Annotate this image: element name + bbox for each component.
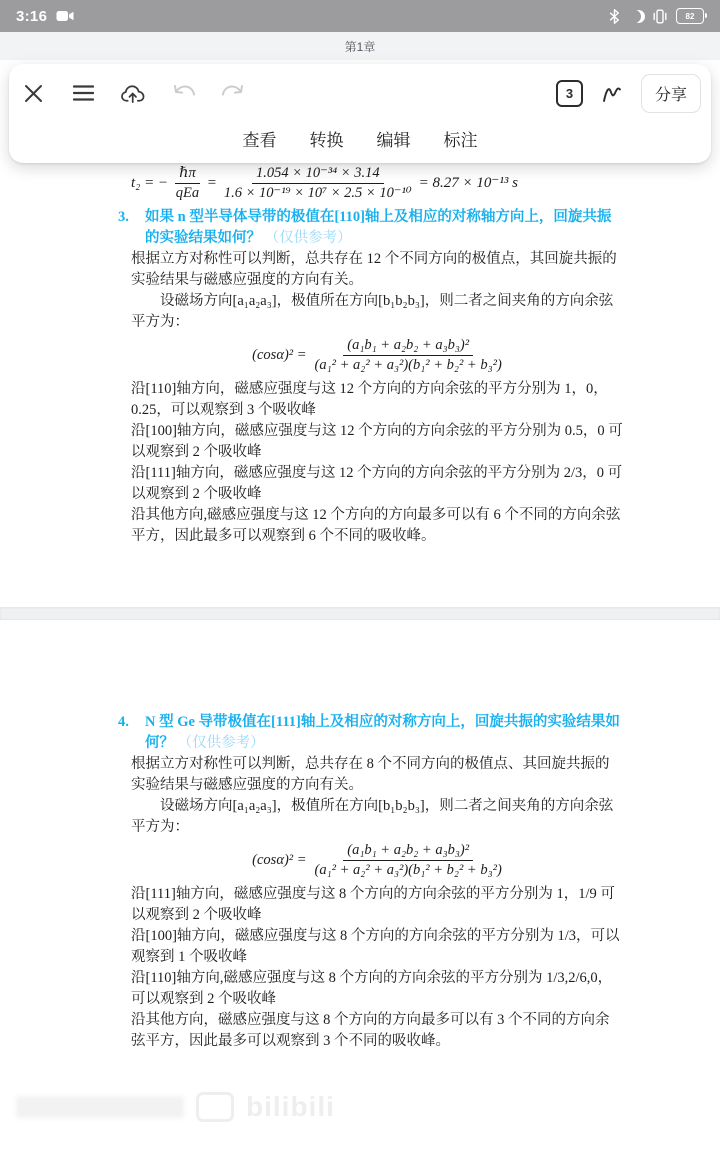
section-4-result-100: 沿[100]轴方向，磁感应强度与这 8 个方向的方向余弦的平方分别为 1/3，可… xyxy=(131,926,623,968)
section-3-note: （仅供参考） xyxy=(265,230,352,246)
tab-convert[interactable]: 转换 xyxy=(310,126,344,151)
section-3-heading: 3. 如果 n 型半导体导带的极值在[110]轴上及相应的对称轴方向上，回旋共振… xyxy=(131,207,623,249)
formula-t2-equals: = xyxy=(207,173,217,194)
tab-annotate[interactable]: 标注 xyxy=(444,126,478,151)
section-3-number: 3. xyxy=(118,207,129,228)
floating-toolbar: 3 分享 查看 转换 编辑 标注 xyxy=(9,64,711,163)
undo-icon[interactable] xyxy=(171,81,195,105)
page-separator xyxy=(0,607,720,620)
status-bar: 3:16 82 xyxy=(0,0,720,32)
formula-t2-result: = 8.27 × 10⁻¹³ s xyxy=(419,173,518,194)
section-3-intro: 根据立方对称性可以判断，总共存在 12 个不同方向的极值点，其回旋共振的实验结果… xyxy=(131,249,623,291)
tab-edit[interactable]: 编辑 xyxy=(377,126,411,151)
section-4-result-other: 沿其他方向，磁感应强度与这 8 个方向的方向最多可以有 3 个不同的方向余弦平方… xyxy=(131,1010,623,1052)
section-3-result-110: 沿[110]轴方向，磁感应强度与这 12 个方向的方向余弦的平方分别为 1，0，… xyxy=(131,379,623,421)
video-camera-icon xyxy=(56,10,74,22)
section-3-title: 如果 n 型半导体导带的极值在[110]轴上及相应的对称轴方向上，回旋共振的实验… xyxy=(145,209,611,246)
battery-percent: 82 xyxy=(686,12,695,21)
formula-t2-fraction1: ℏπ qEa xyxy=(175,165,200,202)
toolbar-tabs: 查看 转换 编辑 标注 xyxy=(9,126,711,151)
formula-t2: t₂ = − ℏπ qEa = 1.054 × 10⁻³⁴ × 3.14 1.6… xyxy=(131,165,623,202)
section-3-result-100: 沿[100]轴方向，磁感应强度与这 12 个方向的方向余弦的平方分别为 0.5，… xyxy=(131,421,623,463)
section-4-number: 4. xyxy=(118,712,129,733)
section-4-result-111: 沿[111]轴方向，磁感应强度与这 8 个方向的方向余弦的平方分别为 1，1/9… xyxy=(131,884,623,926)
document-title-bar: 第1章 xyxy=(0,32,720,60)
watermark-wordmark: bilibili xyxy=(246,1091,335,1123)
page1-content: t₂ = − ℏπ qEa = 1.054 × 10⁻³⁴ × 3.14 1.6… xyxy=(131,164,623,547)
section-4-result-110: 沿[110]轴方向,磁感应强度与这 8 个方向的方向余弦的平方分别为 1/3,2… xyxy=(131,968,623,1010)
section-4-setup: 设磁场方向[a₁a₂a₃]，极值所在方向[b₁b₂b₃]，则二者之间夹角的方向余… xyxy=(131,796,623,838)
clock: 3:16 xyxy=(16,8,47,25)
page-title: 第1章 xyxy=(345,38,376,55)
section-4: 4. N 型 Ge 导带极值在[111]轴上及相应的对称方向上，回旋共振的实验结… xyxy=(131,712,623,1052)
watermark: bilibili xyxy=(16,1086,335,1128)
close-button[interactable] xyxy=(21,81,45,105)
bilibili-tv-logo-icon xyxy=(196,1092,234,1122)
page2-content: 4. N 型 Ge 导带极值在[111]轴上及相应的对称方向上，回旋共振的实验结… xyxy=(131,712,623,1052)
watermark-blurred-text xyxy=(16,1096,184,1118)
section-4-note: （仅供参考） xyxy=(178,735,265,751)
section-3-result-other: 沿其他方向,磁感应强度与这 12 个方向的方向最多可以有 6 个不同的方向余弦平… xyxy=(131,505,623,547)
do-not-disturb-moon-icon xyxy=(628,10,641,23)
scribble-pen-icon[interactable] xyxy=(600,81,624,105)
menu-icon[interactable] xyxy=(71,81,95,105)
section-3-cos-formula: (cosα)² = (a₁b₁ + a₂b₂ + a₃b₃)² (a₁² + a… xyxy=(252,337,502,374)
formula-t2-fraction2: 1.054 × 10⁻³⁴ × 3.14 1.6 × 10⁻¹⁹ × 10⁷ ×… xyxy=(224,165,412,202)
page-count-value: 3 xyxy=(566,86,573,101)
bluetooth-icon xyxy=(609,9,620,24)
share-button[interactable]: 分享 xyxy=(641,74,701,113)
section-3: 3. 如果 n 型半导体导带的极值在[110]轴上及相应的对称轴方向上，回旋共振… xyxy=(131,207,623,547)
formula-t2-lhs: t₂ = − xyxy=(131,173,168,194)
redo-icon[interactable] xyxy=(221,81,245,105)
section-4-cos-formula: (cosα)² = (a₁b₁ + a₂b₂ + a₃b₃)² (a₁² + a… xyxy=(252,842,502,879)
cloud-upload-icon[interactable] xyxy=(121,81,145,105)
section-3-result-111: 沿[111]轴方向，磁感应强度与这 12 个方向的方向余弦的平方分别为 2/3，… xyxy=(131,463,623,505)
vibrate-icon xyxy=(652,9,668,24)
battery-icon: 82 xyxy=(676,8,704,24)
section-4-heading: 4. N 型 Ge 导带极值在[111]轴上及相应的对称方向上，回旋共振的实验结… xyxy=(131,712,623,754)
tab-view[interactable]: 查看 xyxy=(243,126,277,151)
page-count-badge[interactable]: 3 xyxy=(556,80,583,107)
section-3-setup: 设磁场方向[a₁a₂a₃]，极值所在方向[b₁b₂b₃]，则二者之间夹角的方向余… xyxy=(131,291,623,333)
section-4-intro: 根据立方对称性可以判断，总共存在 8 个不同方向的极值点、其回旋共振的实验结果与… xyxy=(131,754,623,796)
